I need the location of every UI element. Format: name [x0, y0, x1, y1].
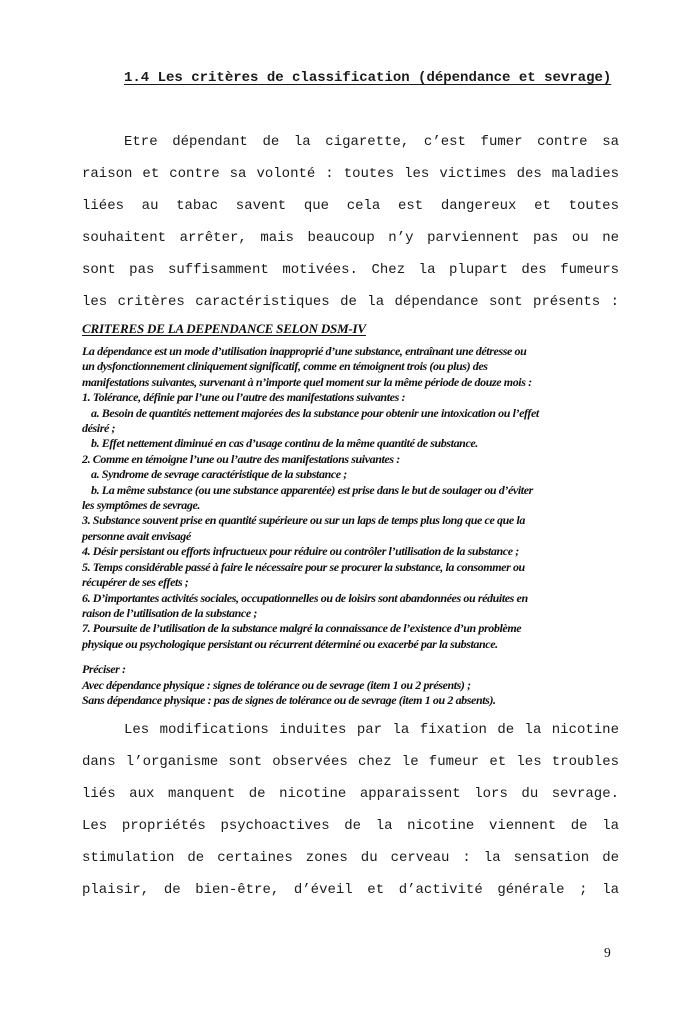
paragraph-line: souhaitent arrêter, mais beaucoup n’y pa… — [82, 222, 619, 254]
dsm-preciser-line: Préciser : — [82, 662, 642, 677]
dsm-criteria-line: 5. Temps considérable passé à faire le n… — [82, 560, 642, 575]
dsm-criteria-line: b. Effet nettement diminué en cas d’usag… — [82, 436, 642, 451]
dsm-criteria-line: 2. Comme en témoigne l’une ou l’autre de… — [82, 452, 642, 467]
dsm-criteria-line: b. La même substance (ou une substance a… — [82, 483, 642, 498]
paragraph-line: Les modifications induites par la fixati… — [82, 714, 619, 746]
document-page: 1.4 Les critères de classification (dépe… — [0, 0, 700, 1028]
paragraph-line: sont pas suffisamment motivées. Chez la … — [82, 254, 619, 286]
page-number: 9 — [604, 945, 611, 961]
paragraph-line: stimulation de certaines zones du cervea… — [82, 842, 619, 874]
dsm-criteria-line: un dysfonctionnement cliniquement signif… — [82, 359, 642, 374]
dsm-criteria-line: 4. Désir persistant ou efforts infructue… — [82, 544, 642, 559]
dsm-criteria-line: 1. Tolérance, définie par l’une ou l’aut… — [82, 390, 642, 405]
dsm-criteria-line: a. Besoin de quantités nettement majorée… — [82, 406, 642, 421]
paragraph-line: dans l’organisme sont observées chez le … — [82, 746, 619, 778]
paragraph-line: liées au tabac savent que cela est dange… — [82, 190, 619, 222]
dsm-criteria-title: CRITERES DE LA DEPENDANCE SELON DSM-IV — [82, 321, 642, 337]
paragraph-line: les critères caractéristiques de la dépe… — [82, 286, 619, 318]
paragraph-line: Les propriétés psychoactives de la nicot… — [82, 810, 619, 842]
dsm-criteria-line: manifestations suivantes, survenant à n’… — [82, 375, 642, 390]
closing-paragraph: Les modifications induites par la fixati… — [82, 714, 619, 906]
dsm-criteria-block: CRITERES DE LA DEPENDANCE SELON DSM-IV L… — [82, 321, 642, 708]
dsm-preciser-line: Sans dépendance physique : pas de signes… — [82, 693, 642, 708]
paragraph-line: raison et contre sa volonté : toutes les… — [82, 158, 619, 190]
dsm-criteria-line: raison de l’utilisation de la substance … — [82, 606, 642, 621]
dsm-preciser-block: Préciser : Avec dépendance physique : si… — [82, 662, 642, 708]
dsm-criteria-line: désiré ; — [82, 421, 642, 436]
dsm-criteria-line: personne avait envisagé — [82, 529, 642, 544]
paragraph-line: liés aux manquent de nicotine apparaisse… — [82, 778, 619, 810]
dsm-criteria-line: 7. Poursuite de l’utilisation de la subs… — [82, 621, 642, 636]
dsm-criteria-line: 3. Substance souvent prise en quantité s… — [82, 513, 642, 528]
intro-paragraph: Etre dépendant de la cigarette, c’est fu… — [82, 126, 619, 318]
section-heading: 1.4 Les critères de classification (dépe… — [124, 70, 611, 86]
dsm-criteria-line: physique ou psychologique persistant ou … — [82, 637, 642, 652]
dsm-criteria-line: 6. D’importantes activités sociales, occ… — [82, 591, 642, 606]
dsm-criteria-line: a. Syndrome de sevrage caractéristique d… — [82, 467, 642, 482]
dsm-preciser-line: Avec dépendance physique : signes de tol… — [82, 678, 642, 693]
dsm-criteria-line: La dépendance est un mode d’utilisation … — [82, 344, 642, 359]
paragraph-line: Etre dépendant de la cigarette, c’est fu… — [82, 126, 619, 158]
dsm-criteria-line: récupérer de ses effets ; — [82, 575, 642, 590]
paragraph-line: plaisir, de bien-être, d’éveil et d’acti… — [82, 874, 619, 906]
dsm-criteria-line: les symptômes de sevrage. — [82, 498, 642, 513]
